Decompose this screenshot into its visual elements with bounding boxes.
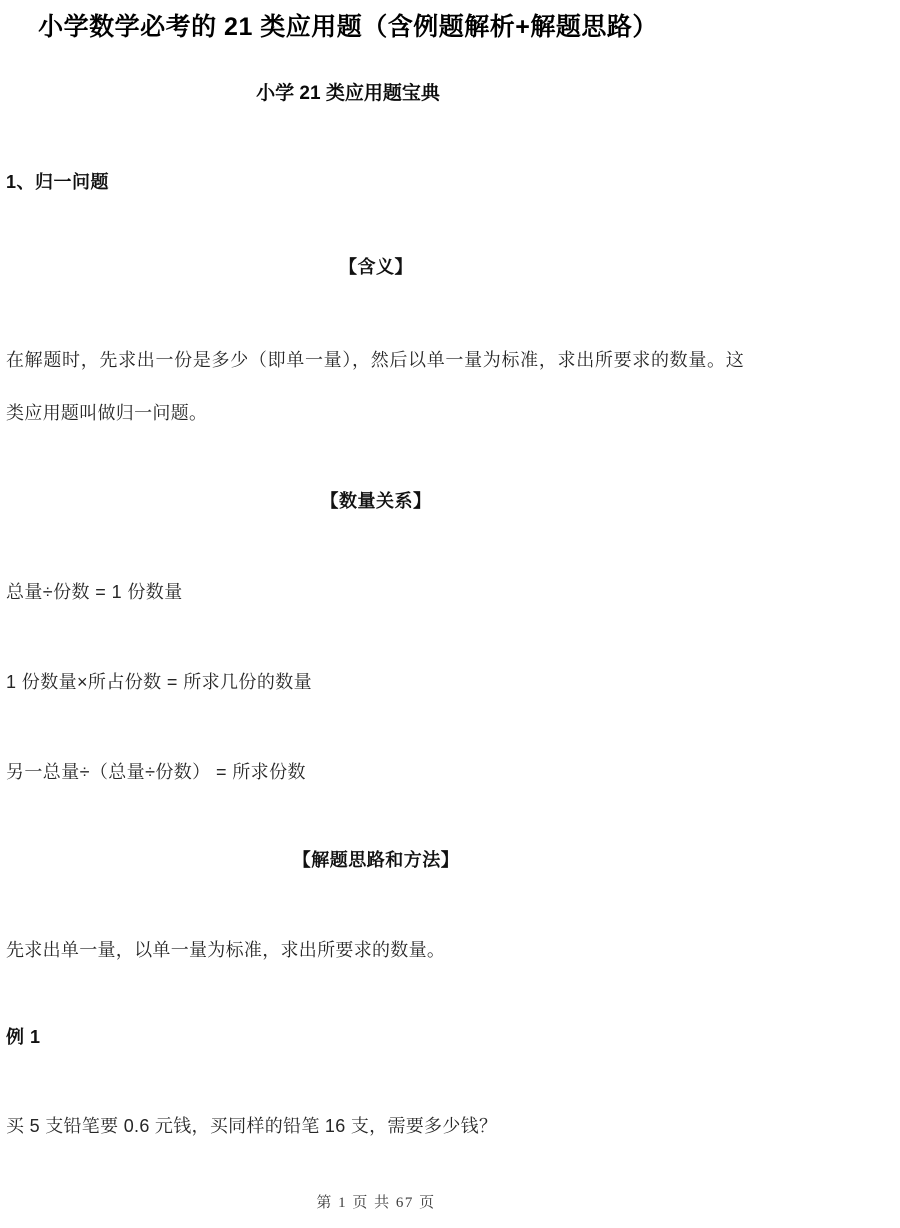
solution-method-paragraph: 先求出单一量，以单一量为标准，求出所要求的数量。: [6, 924, 746, 977]
document-page: 小学数学必考的 21 类应用题（含例题解析+解题思路） 小学 21 类应用题宝典…: [0, 0, 900, 1228]
solution-method-heading: 【解题思路和方法】: [6, 845, 746, 875]
formula-unit-times-shares: 1 份数量×所占份数 = 所求几份的数量: [6, 656, 746, 709]
example-1-question: 买 5 支铅笔要 0.6 元钱，买同样的铅笔 16 支，需要多少钱？: [6, 1100, 746, 1153]
meaning-paragraph: 在解题时，先求出一份是多少（即单一量），然后以单一量为标准，求出所要求的数量。这…: [6, 334, 744, 440]
formula-another-total: 另一总量÷（总量÷份数） = 所求份数: [6, 746, 746, 799]
page-footer: 第 1 页 共 67 页: [6, 1192, 746, 1214]
document-title: 小学数学必考的 21 类应用题（含例题解析+解题思路）: [6, 9, 746, 45]
quantity-relation-heading: 【数量关系】: [6, 486, 746, 516]
example-1-heading: 例 1: [6, 1022, 746, 1052]
section-1-heading: 1、归一问题: [6, 167, 746, 197]
meaning-heading: 【含义】: [6, 252, 746, 282]
document-subtitle: 小学 21 类应用题宝典: [6, 79, 746, 109]
formula-total-divided-by-shares: 总量÷份数 = 1 份数量: [6, 566, 746, 619]
